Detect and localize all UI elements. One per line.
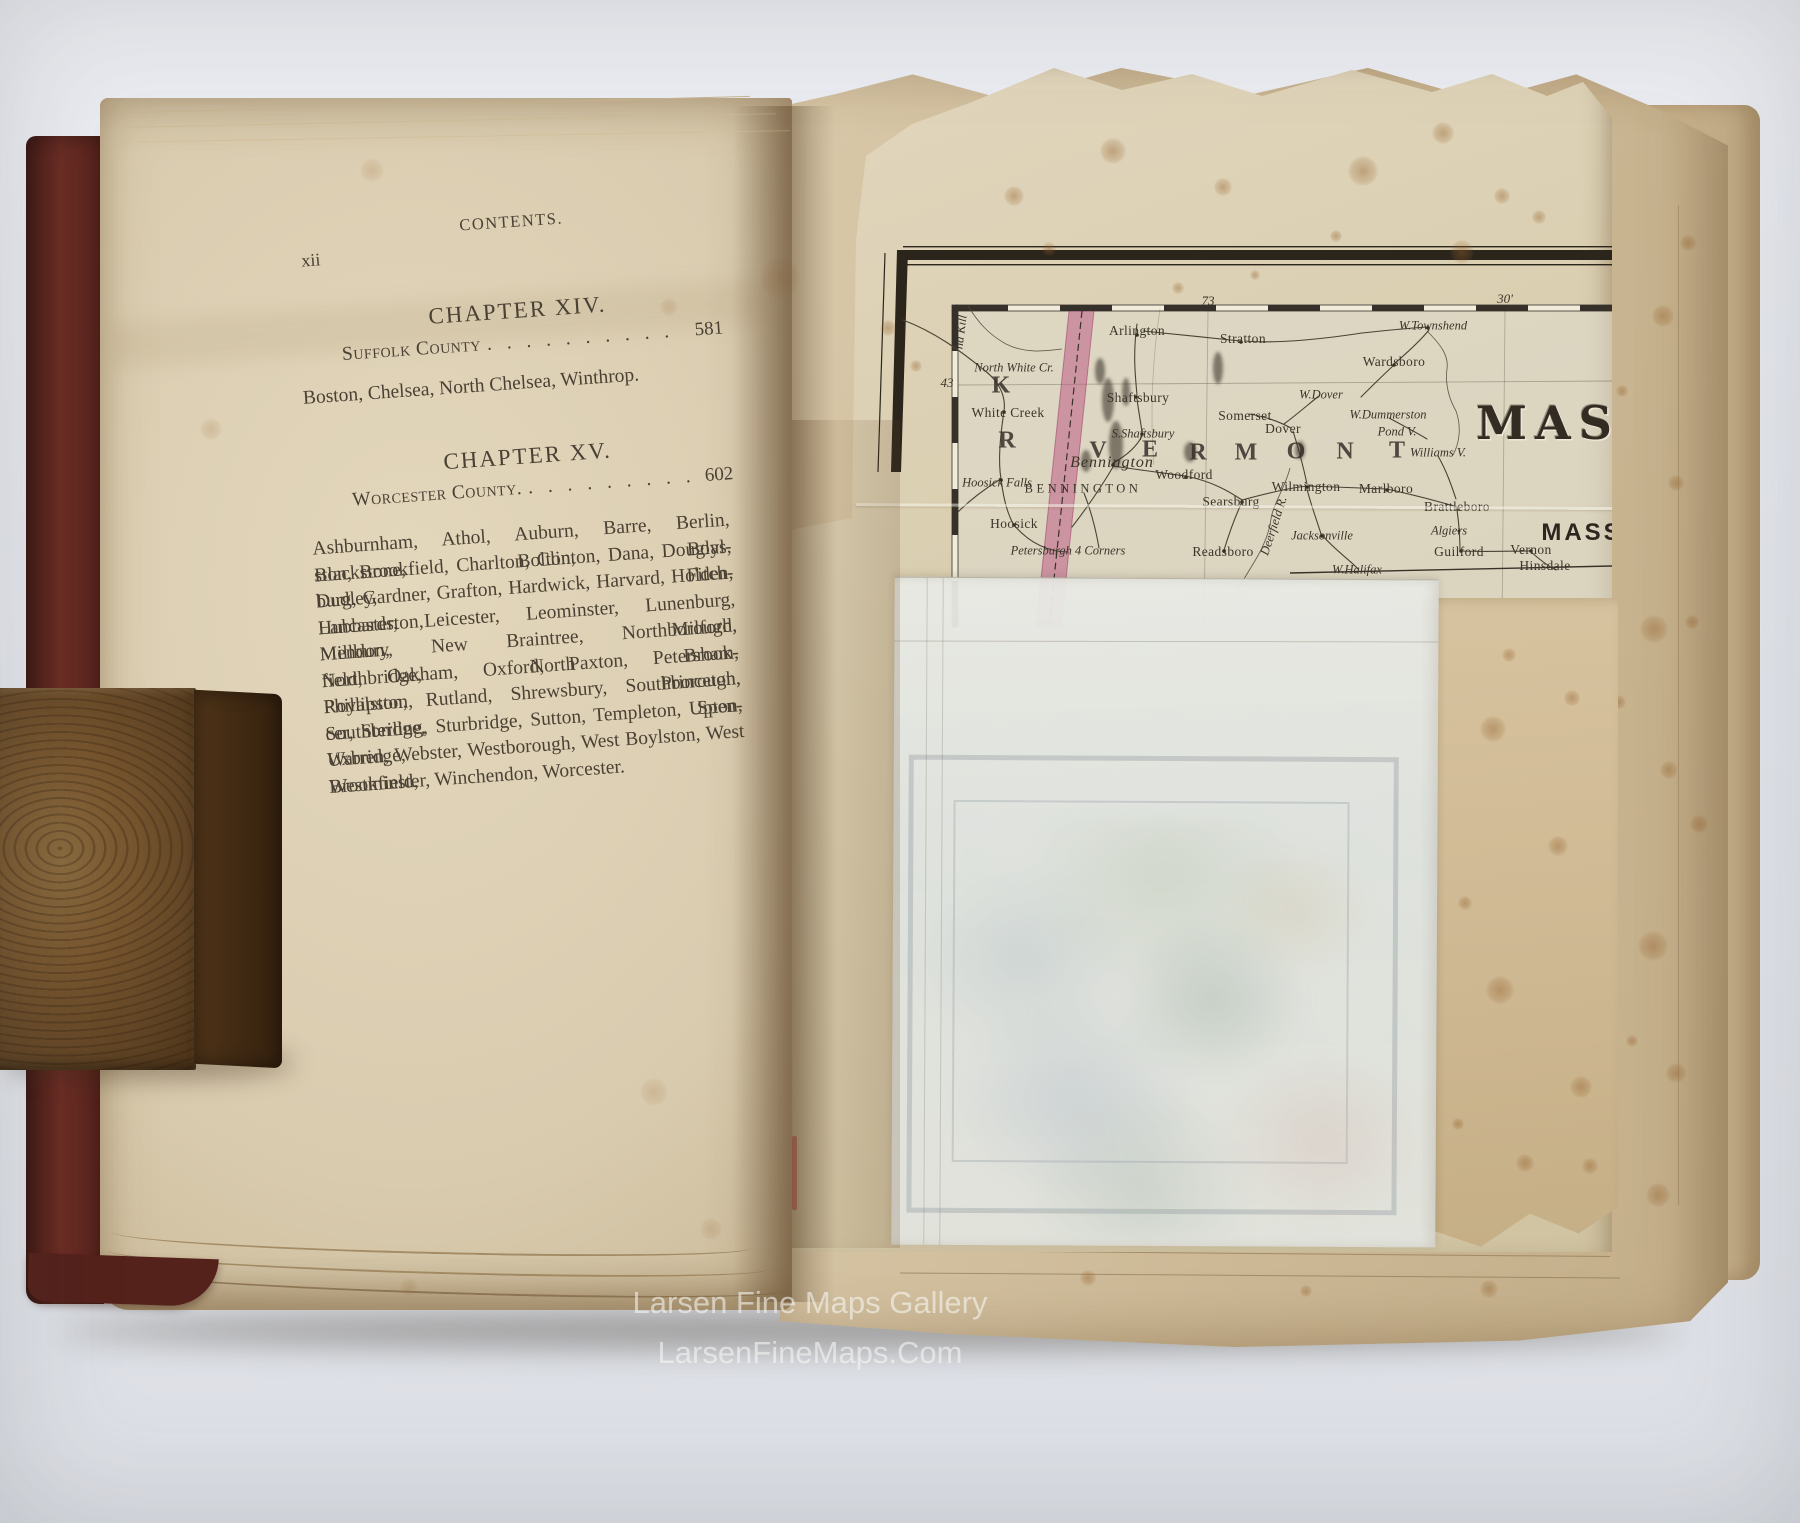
map-label-hoosick-falls: Hoosick Falls: [962, 476, 1032, 491]
map-label-43: 43: [941, 375, 954, 391]
foxing-spot: [1690, 815, 1708, 833]
foxing-spot: [1660, 761, 1678, 779]
book-gutter: [788, 420, 900, 1248]
map-label-dover: Dover: [1265, 421, 1301, 437]
chapter-15-page-ref: 602: [704, 463, 734, 487]
map-label-mas: MAS: [1476, 396, 1620, 450]
foxing-spot: [1516, 1154, 1534, 1172]
foxing-spot: [1548, 836, 1568, 856]
foxing-spot: [1616, 385, 1628, 397]
map-label-r: R: [998, 428, 1017, 455]
foxing-spot: [1646, 1183, 1670, 1207]
wood-side-face: [194, 690, 282, 1069]
map-label-t: T: [1389, 438, 1407, 465]
map-label-marlboro: Marlboro: [1359, 481, 1413, 497]
foxing-spot: [1685, 615, 1699, 629]
wood-burl-face: [0, 688, 196, 1070]
map-label-arlington: Arlington: [1109, 323, 1165, 339]
chapter-14-towns: Boston, Chelsea, North Chelsea, Winthrop…: [302, 359, 723, 410]
map-lower-fold-panel: [1422, 598, 1618, 1260]
map-label-w-dover: W.Dover: [1299, 388, 1343, 403]
map-label-woodford: Woodford: [1155, 467, 1213, 483]
foxing-spot: [1638, 931, 1668, 961]
map-label-73: 73: [1202, 293, 1215, 309]
foxing-spot: [1582, 1158, 1598, 1174]
map-label-north-white-cr: North White Cr.: [974, 361, 1054, 376]
map-label-o: O: [1287, 439, 1308, 466]
foxing-spot: [640, 1078, 668, 1106]
chapter-14-page-ref: 581: [694, 317, 724, 341]
map-label-v: V: [1089, 438, 1108, 465]
map-label-stratton: Stratton: [1220, 331, 1266, 347]
foxing-spot: [1652, 305, 1674, 327]
leader-dots: . . . . . . . . . .: [480, 319, 695, 356]
map-label-bennington: BENNINGTON: [1025, 482, 1142, 497]
map-label-w-townshend: W.Townshend: [1399, 319, 1467, 334]
foxing-spot: [1680, 235, 1696, 251]
map-label-hinsdale: Hinsdale: [1519, 558, 1570, 574]
map-label-guilford: Guilford: [1434, 544, 1484, 560]
map-label-readsboro: Readsboro: [1192, 544, 1253, 560]
map-label-algiers: Algiers: [1431, 524, 1467, 539]
foxing-spot: [1300, 1285, 1312, 1297]
page-edge-line: [130, 96, 750, 113]
map-label-w-dummerston: W.Dummerston: [1350, 408, 1427, 423]
page-edge-line: [1678, 205, 1679, 1205]
page-edge-line: [122, 130, 790, 143]
page-edge-line: [126, 113, 776, 128]
map-label-nd-kill: nd Kill: [951, 314, 970, 350]
book-photo: ArlingtonStrattonW.TownshendWardsboroNor…: [0, 0, 1800, 1523]
page-number: xii: [301, 249, 321, 271]
map-label-hoosick: Hoosick: [990, 516, 1038, 532]
gallery-watermark: Larsen Fine Maps Gallery LarsenFineMaps.…: [460, 1284, 1160, 1372]
map-label-petersburgh-4-corners: Petersburgh 4 Corners: [1011, 544, 1126, 559]
map-label-mass: MASS: [1541, 519, 1622, 547]
wooden-book-weight: [0, 686, 286, 1072]
map-label-somerset: Somerset: [1218, 408, 1271, 424]
map-label-jacksonville: Jacksonville: [1291, 529, 1353, 544]
foxing-spot: [1570, 1076, 1592, 1098]
watermark-line-2: LarsenFineMaps.Com: [460, 1334, 1160, 1372]
book-cover-bottom-edge: [27, 1253, 219, 1308]
tissue-guard-sheet: [891, 577, 1438, 1248]
foxing-spot: [1640, 615, 1668, 643]
foxing-spot: [1486, 976, 1514, 1004]
leader-dots: . . . . . . . . . .: [521, 465, 705, 500]
map-label-m: M: [1235, 440, 1260, 467]
foxing-spot: [1480, 716, 1506, 742]
page-edge-line: [900, 1272, 1620, 1278]
foxing-spot: [1626, 1035, 1638, 1047]
map-label-n: N: [1336, 439, 1355, 466]
map-label-w-halifax: W.Halifax: [1332, 563, 1382, 578]
foxing-spot: [1458, 896, 1472, 910]
foxing-spot: [1480, 1280, 1498, 1298]
tissue-fold-edge: [894, 641, 1438, 643]
chapter-15-towns-paragraph: Ashburnham, Athol, Auburn, Barre, Berlin…: [312, 507, 747, 801]
chapter-15-entry: Worcester County.: [351, 478, 522, 512]
map-label-white-creek: White Creek: [972, 405, 1045, 421]
chapter-14-entry: Suffolk County: [341, 334, 481, 366]
map-label-williams-v: Williams V.: [1410, 446, 1466, 461]
map-label-r: R: [1189, 440, 1208, 467]
map-label-shaftsbury: Shaftsbury: [1107, 390, 1170, 406]
foxing-spot: [1452, 1118, 1464, 1130]
contents-page-text: CONTENTS. xii CHAPTER XIV. Suffolk Count…: [252, 180, 787, 853]
map-label-e: E: [1142, 437, 1160, 464]
map-colors-through-tissue: [901, 818, 1423, 1241]
map-label-wilmington: Wilmington: [1272, 479, 1341, 495]
foxing-spot: [360, 158, 384, 182]
foxing-spot: [200, 418, 222, 440]
foxing-spot: [1668, 475, 1684, 491]
map-label-30: 30': [1497, 291, 1513, 307]
foxing-spot: [1502, 648, 1516, 662]
foxing-spot: [1564, 690, 1580, 706]
map-label-deerfield-r: Deerfield R.: [1257, 495, 1290, 558]
watermark-line-1: Larsen Fine Maps Gallery: [460, 1284, 1160, 1322]
map-label-wardsboro: Wardsboro: [1363, 354, 1426, 370]
map-label-k: K: [992, 373, 1013, 400]
map-edge-sliver: [792, 1136, 797, 1210]
foxing-spot: [1666, 1063, 1686, 1083]
